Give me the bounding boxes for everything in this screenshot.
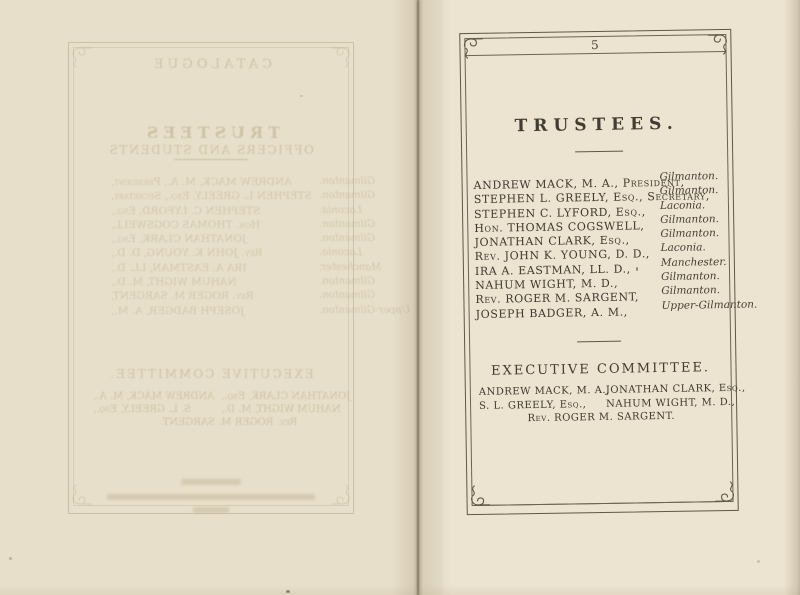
ghost-trustee-row: ANDREW MACK, M. A., President,Gilmanton. — [83, 176, 343, 190]
ghost-trustee-name: STEPHEN L. GREELY, Esq., Secretary, — [111, 190, 312, 202]
ghost-trustee-town: Gilmanton. — [319, 233, 375, 244]
ghost-catalogue-title: CATALOGUE — [69, 57, 353, 72]
ghost-trustee-name: JONATHAN CLARK, Esq., — [111, 233, 246, 245]
trustee-town: Gilmanton. — [660, 184, 719, 197]
ghost-trustee-row: Hon. THOMAS COGSWELL,Gilmanton. — [83, 219, 343, 233]
corner-ornament-icon — [325, 481, 351, 507]
trustee-town: Laconia. — [660, 199, 705, 212]
ghost-trustee-row: STEPHEN L. GREELY, Esq., Secretary,Gilma… — [83, 190, 343, 204]
ghost-imprint-smudge — [193, 507, 229, 513]
paper-speck — [300, 95, 303, 97]
committee-member: S. L. GREELY, Esq., — [479, 399, 587, 412]
book-scan: CATALOGUE TRUSTEES OFFICERS AND STUDENTS… — [0, 0, 800, 595]
heading-rule — [575, 151, 623, 153]
ghost-trustee-name: STEPHEN C. LYFORD, Esq., — [111, 205, 260, 217]
trustee-town: Laconia. — [661, 242, 706, 255]
ghost-trustee-town: Manchester. — [319, 262, 382, 273]
committee-rows: ANDREW MACK, M. A.,JONATHAN CLARK, Esq.,… — [466, 383, 736, 387]
ghost-trustee-list: ANDREW MACK, M. A., President,Gilmanton.… — [83, 176, 343, 319]
ghost-trustee-row: JONATHAN CLARK, Esq.,Gilmanton. — [83, 233, 343, 247]
trustee-town: Upper-Gilmanton. — [661, 298, 757, 312]
corner-ornament-icon — [469, 482, 495, 508]
gutter-shadow — [392, 0, 452, 595]
ghost-trustee-name: Rev. JOHN K. YOUNG, D. D., — [111, 247, 262, 259]
ghost-trustee-town: Gilmanton. — [319, 219, 375, 230]
ghost-trustee-row: NAHUM WIGHT, M. D.,Gilmanton. — [83, 276, 343, 290]
ghost-trustee-name: Hon. THOMAS COGSWELL, — [111, 219, 260, 231]
ghost-trustee-name: ANDREW MACK, M. A., President, — [111, 176, 292, 188]
trustee-town: Gilmanton. — [660, 213, 719, 226]
ghost-trustee-town: Laconia. — [319, 247, 362, 258]
ghost-trustee-row: STEPHEN C. LYFORD, Esq.,Laconia. — [83, 205, 343, 219]
ghost-trustee-name: NAHUM WIGHT, M. D., — [111, 276, 237, 288]
ghost-trustee-town: Gilmanton. — [319, 290, 375, 301]
ghost-trustees-title: TRUSTEES — [69, 123, 353, 142]
committee-member: NAHUM WIGHT, M. D., — [606, 396, 735, 409]
paper-speck — [636, 267, 638, 271]
ghost-trustee-name: JOSEPH BADGER, A. M., — [111, 305, 244, 317]
trustee-town: Manchester. — [661, 256, 727, 269]
ghost-trustee-town: Gilmanton. — [319, 276, 375, 287]
trustee-town: Gilmanton. — [661, 284, 720, 297]
ghost-trustee-row: Rev. JOHN K. YOUNG, D. D.,Laconia. — [83, 247, 343, 261]
ghost-trustee-town: Gilmanton. — [319, 190, 375, 201]
ghost-trustee-name: Rev. ROGER M. SARGENT, — [111, 290, 254, 302]
page-border: 5 TRUSTEES. ANDREW MACK, M. A., Presiden… — [459, 29, 739, 515]
paper-speck — [9, 557, 12, 560]
trustee-town: Gilmanton. — [659, 170, 718, 183]
corner-ornament-icon — [71, 481, 97, 507]
committee-member: ANDREW MACK, M. A., — [479, 385, 610, 398]
paper-speck — [757, 560, 760, 563]
ghost-committee-member: Rev. ROGER M. SARGENT. — [161, 417, 297, 428]
ghost-committee-member: ANDREW MACK, M. A., — [93, 391, 214, 402]
trustee-list: ANDREW MACK, M. A., President,Gilmanton.… — [473, 170, 728, 317]
trustee-town: Gilmanton. — [660, 227, 719, 240]
ghost-page-border: CATALOGUE TRUSTEES OFFICERS AND STUDENTS… — [68, 42, 354, 514]
ghost-committee-member: S. L. GREELY, Esq., — [93, 404, 191, 415]
paper-speck — [286, 590, 290, 593]
ghost-rule — [174, 159, 248, 160]
ghost-trustee-name: IRA A. EASTMAN, LL. D., — [111, 262, 247, 274]
trustee-town: Gilmanton. — [661, 270, 720, 283]
committee-heading: EXECUTIVE COMMITTEE. — [465, 360, 735, 379]
committee-member: JONATHAN CLARK, Esq., — [606, 383, 746, 396]
committee-last-line: Rev. ROGER M. SARGENT. — [466, 410, 736, 425]
trustees-heading: TRUSTEES. — [462, 113, 732, 137]
fold-crease — [417, 0, 419, 595]
ghost-committee-member: JONATHAN CLARK, Esq., — [221, 391, 350, 402]
ghost-imprint-smudge — [107, 494, 315, 500]
ghost-trustee-row: IRA A. EASTMAN, LL. D.,Manchester. — [83, 262, 343, 276]
corner-ornament-icon — [709, 478, 735, 504]
ghost-committee-member: NAHUM WIGHT, M. D., — [221, 404, 341, 415]
ghost-subtitle: OFFICERS AND STUDENTS — [69, 143, 353, 157]
ghost-committee-heading: EXECUTIVE COMMITTEE. — [69, 367, 353, 381]
ghost-trustee-town: Gilmanton. — [319, 176, 375, 187]
ghost-imprint-smudge — [181, 479, 241, 485]
section-divider-rule — [577, 341, 621, 343]
bottom-edge-shadow — [0, 585, 800, 595]
footer-rule — [473, 501, 733, 506]
ghost-trustee-row: JOSEPH BADGER, A. M.,Upper-Gilmanton. — [83, 305, 343, 319]
ghost-trustee-row: Rev. ROGER M. SARGENT,Gilmanton. — [83, 290, 343, 304]
trustee-row: JOSEPH BADGER, A. M.,Upper-Gilmanton. — [475, 299, 728, 317]
page-stack-edge — [784, 0, 800, 595]
trustee-name: JOSEPH BADGER, A. M., — [476, 305, 628, 320]
ghost-trustee-town: Laconia. — [319, 205, 362, 216]
